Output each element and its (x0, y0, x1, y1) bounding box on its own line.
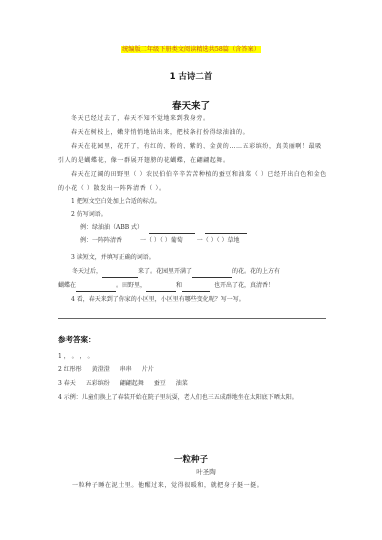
highlighted-title-text: 统编版二年级下册类文阅读精选共58篇（含答案） (121, 46, 261, 53)
example-1-label: 例：绿油油（ABB 式） (80, 224, 143, 231)
answer-blank[interactable] (205, 225, 247, 234)
article-2-title: 一粒种子 (0, 453, 382, 465)
answer-blank[interactable] (146, 283, 176, 292)
document-page: 统编版二年级下册类文阅读精选共58篇（含答案） 1 古诗二首 春天来了 冬天已经… (0, 0, 382, 540)
answer-blank[interactable] (149, 225, 195, 234)
article-2-paragraph-1: 一粒种子睡在泥土里。他醒过来，觉得很暖和，就把身子挺一挺。 (72, 479, 342, 493)
question-3-line-1: 冬天过后，来了。花园里开满了的花。花的上方有 (72, 265, 280, 278)
paragraph-3: 春天在花园里，花开了，有红的、粉的、紫的、金黄的……五彩缤纷，真美丽啊！最吸引人… (58, 140, 328, 168)
fill-grapes: 一（ ）（ ）葡萄 (140, 237, 183, 244)
answer-blank[interactable] (76, 283, 116, 292)
paragraph-2: 春天在树枝上，嫩芽悄悄地钻出来，把枝条打扮得绿油油的。 (58, 126, 328, 140)
question-3-line-2: 蝴蝶在。田野里，和也开出了花，真清香！ (58, 279, 274, 292)
answer-blank[interactable] (182, 283, 210, 292)
answer-blank[interactable] (102, 269, 138, 278)
paragraph-1: 冬天已经过去了，春天不知不觉地来到我身旁。 (58, 112, 328, 126)
answer-writing-line[interactable] (58, 318, 326, 319)
question-2: 2 仿写词语。 (71, 208, 107, 221)
lesson-title: 1 古诗二首 (0, 70, 382, 82)
question-4: 4 看，春天来到了你家的小区里，小区里有哪些变化呢？写一写。 (71, 293, 245, 306)
collection-title: 统编版二年级下册类文阅读精选共58篇（含答案） (0, 46, 382, 54)
answer-2: 2 红彤彤黄澄澄串串片片 (58, 363, 154, 376)
answer-1: 1 ， 。 ， 。 (58, 350, 93, 363)
question-1: 1 把短文空白处加上合适的标点。 (71, 195, 161, 208)
answers-heading: 参考答案： (58, 334, 96, 345)
question-2-example-2: 例：一阵阵清香 一（ ）（ ）葡萄 一（ ）（ ）草地 (80, 234, 240, 247)
article-2-author: 叶圣陶 (0, 467, 382, 476)
article-title: 春天来了 (0, 98, 382, 112)
question-3: 3 读短文，并填写正确的词语。 (71, 251, 155, 264)
paragraph-4: 春天在辽阔的田野里（ ）农民伯伯辛辛苦苦种植的蚕豆和油菜（ ）已经开出白色和金色… (58, 168, 328, 196)
example-2-label: 例：一阵阵清香 (80, 237, 122, 244)
fill-grass: 一（ ）（ ）草地 (197, 237, 240, 244)
question-2-example-1: 例：绿油油（ABB 式） (80, 221, 247, 234)
answer-blank[interactable] (192, 269, 232, 278)
answer-4: 4 示例：儿童们换上了春装开始在院子里玩耍，老人们也三五成群地坐在太阳底下晒太阳… (58, 391, 328, 404)
answer-3: 3 春天五彩缤纷翩翩起舞蚕豆油菜 (58, 377, 188, 390)
